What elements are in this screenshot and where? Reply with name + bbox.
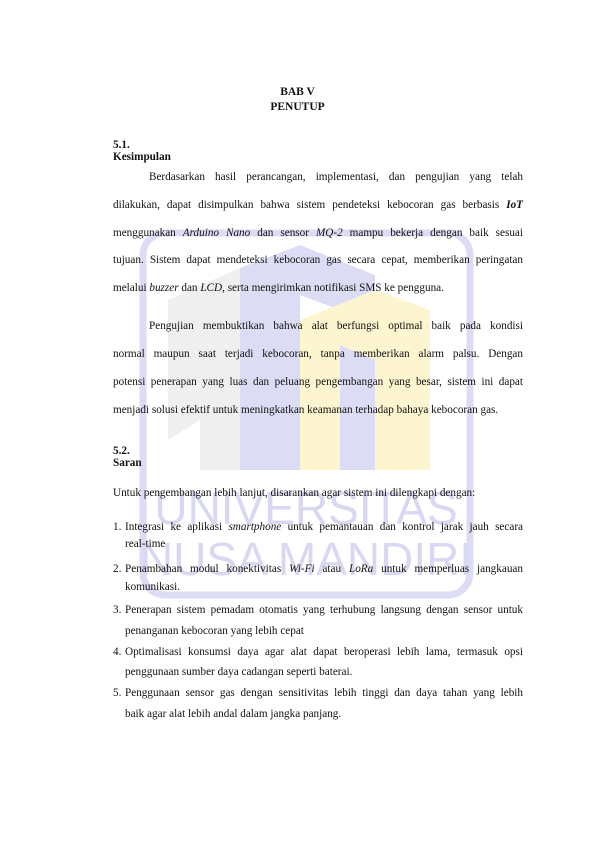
- document-page: UNIVERSITAS NUSA MANDIRI BAB V PENUTUP 5…: [0, 0, 595, 842]
- saran-intro: Untuk pengembangan lebih lanjut, disaran…: [113, 487, 523, 499]
- paragraph-line: melalui buzzer dan LCD, serta mengirimka…: [113, 282, 523, 294]
- chapter-title: PENUTUP: [0, 101, 595, 113]
- paragraph-line: potensi penerapan yang luas dan peluang …: [113, 376, 523, 388]
- paragraph-line: tujuan. Sistem dapat mendeteksi kebocora…: [113, 254, 523, 266]
- paragraph-line: menjadi solusi efektif untuk meningkatka…: [113, 404, 523, 416]
- paragraph-line: dilakukan, dapat disimpulkan bahwa siste…: [113, 199, 523, 211]
- paragraph-line: normal maupun saat terjadi kebocoran, ta…: [113, 348, 523, 360]
- chapter-number: BAB V: [0, 86, 595, 98]
- paragraph-line: Berdasarkan hasil perancangan, implement…: [149, 171, 523, 183]
- section-heading-saran: 5.2. Saran: [113, 445, 142, 469]
- section-heading-kesimpulan: 5.1. Kesimpulan: [113, 139, 171, 163]
- paragraph-line: menggunakan Arduino Nano dan sensor MQ-2…: [113, 227, 523, 239]
- paragraph-line: Pengujian membuktikan bahwa alat berfung…: [149, 320, 523, 332]
